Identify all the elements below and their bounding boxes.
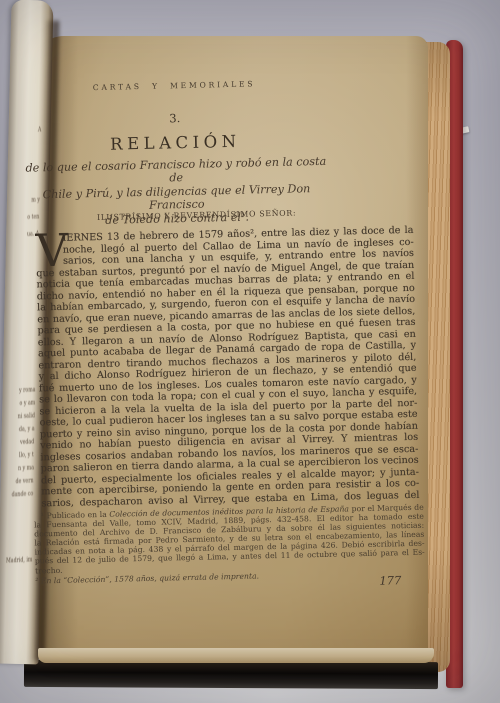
running-header: CARTAS Y MEMORIALES <box>28 78 320 94</box>
left-page-text-fragment: vedad <box>20 438 34 446</box>
left-page-text-fragment: Madrid, im <box>5 556 31 564</box>
left-page-text-fragment: y roma <box>19 386 36 394</box>
left-page-text-fragment: ni salid <box>18 412 35 420</box>
footnotes: ¹ Publicado en la Colección de documento… <box>34 503 426 586</box>
left-page-text-fragment: dande co <box>12 490 34 498</box>
page-number: 177 <box>379 573 401 587</box>
book-photo: A m y o ten ua. A y roma o y am ni salid… <box>0 0 500 703</box>
left-page-text-fragment: n y ma <box>18 464 34 472</box>
left-page-text-fragment: llo, y t <box>19 451 34 459</box>
left-page-text-fragment: o y am <box>20 399 36 407</box>
left-page-text-fragment: de vern <box>16 477 34 485</box>
body-text: V IERNES 13 de hebrero de 1579 años², en… <box>35 225 419 510</box>
book-bottom-board <box>24 660 438 689</box>
section-number: 3. <box>29 108 321 129</box>
left-page-text-fragment: da, y a <box>19 425 35 433</box>
page-content: CARTAS Y MEMORIALES 3. RELACIÓN de lo qu… <box>27 32 435 661</box>
drop-cap: V <box>35 233 63 268</box>
page-title: RELACIÓN <box>29 130 321 156</box>
